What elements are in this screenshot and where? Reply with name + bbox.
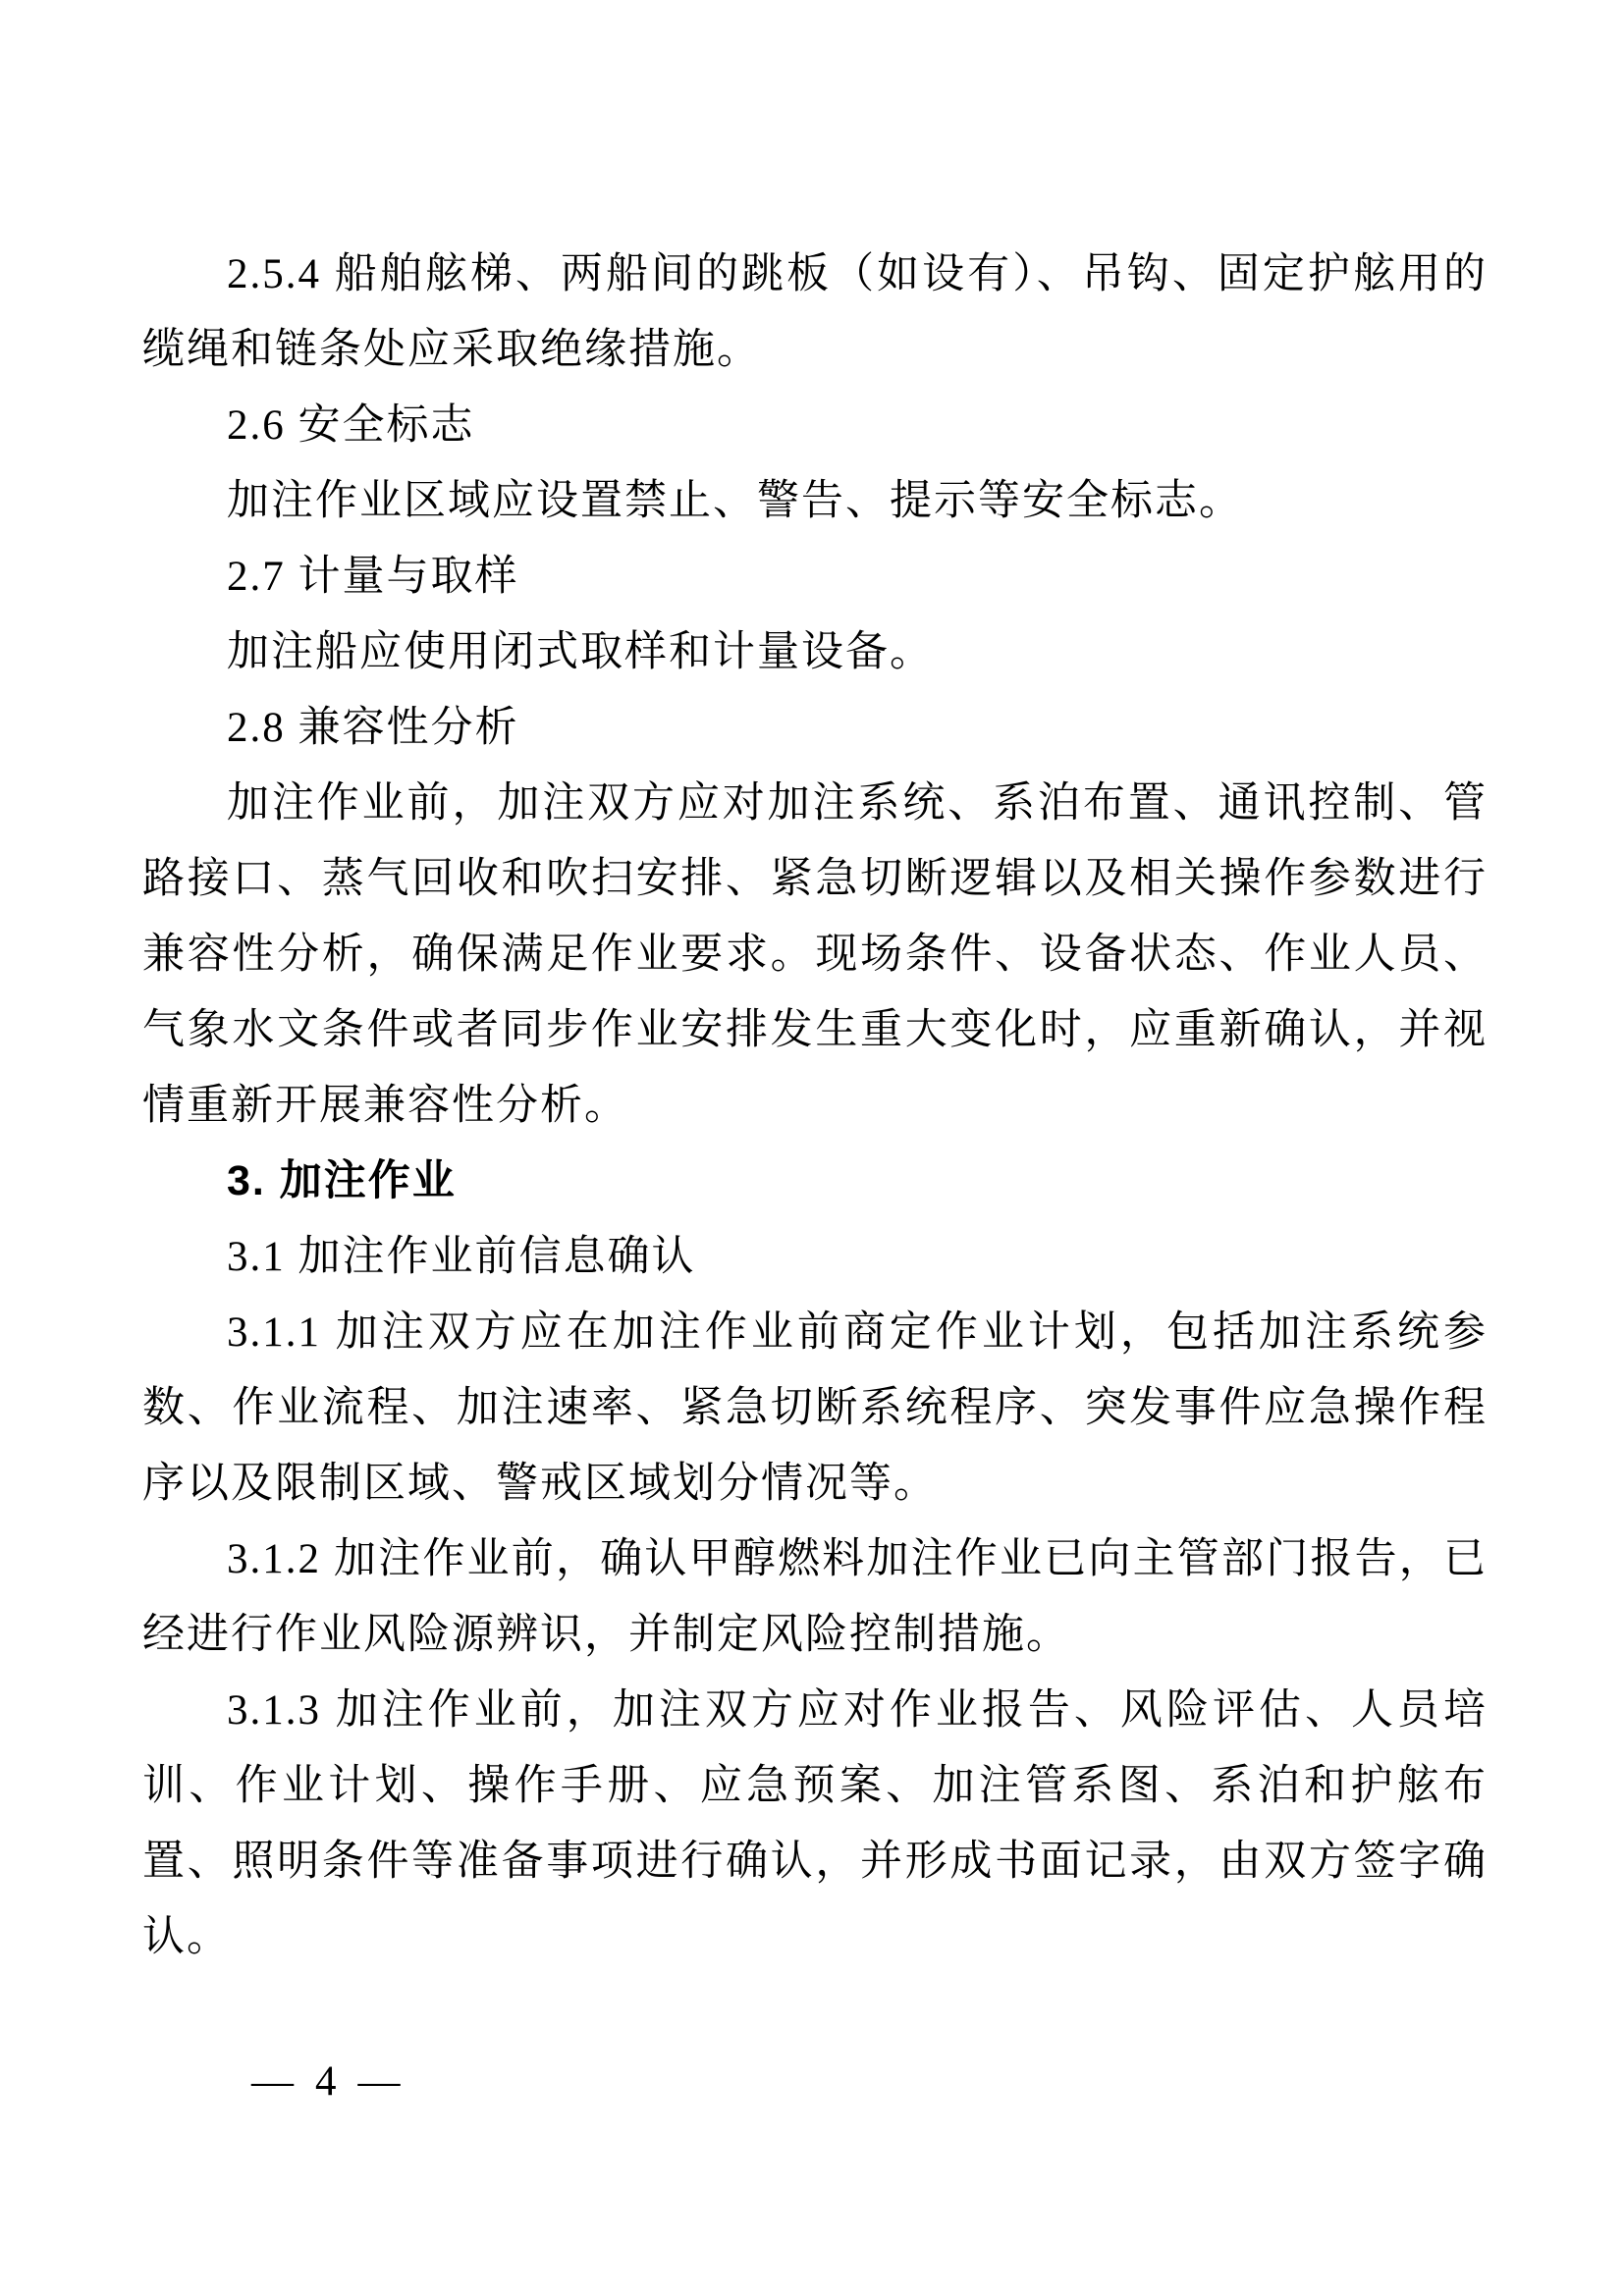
paragraph-9-section: 3.1 加注作业前信息确认 bbox=[142, 1219, 1488, 1295]
paragraph-2-section: 2.6 安全标志 bbox=[142, 388, 1488, 463]
paragraph-6-section: 2.8 兼容性分析 bbox=[142, 690, 1488, 766]
paragraph-8-chapter: 3. 加注作业 bbox=[142, 1144, 1488, 1219]
page-number: 4 bbox=[315, 2058, 337, 2106]
paragraph-1-body: 2.5.4 船舶舷梯、两船间的跳板（如设有）、吊钩、固定护舷用的缆绳和链条处应采… bbox=[142, 237, 1488, 388]
paragraph-7-body: 加注作业前，加注双方应对加注系统、系泊布置、通讯控制、管路接口、蒸气回收和吹扫安… bbox=[142, 766, 1488, 1144]
document-body: 2.5.4 船舶舷梯、两船间的跳板（如设有）、吊钩、固定护舷用的缆绳和链条处应采… bbox=[142, 237, 1488, 1975]
paragraph-3-body: 加注作业区域应设置禁止、警告、提示等安全标志。 bbox=[142, 463, 1488, 539]
footer-dash-left: — bbox=[251, 2058, 294, 2106]
paragraph-4-section: 2.7 计量与取样 bbox=[142, 539, 1488, 614]
footer-dash-right: — bbox=[358, 2058, 401, 2106]
paragraph-5-body: 加注船应使用闭式取样和计量设备。 bbox=[142, 614, 1488, 690]
page-footer: — 4 — bbox=[251, 2058, 401, 2106]
paragraph-12-body: 3.1.3 加注作业前，加注双方应对作业报告、风险评估、人员培训、作业计划、操作… bbox=[142, 1673, 1488, 1975]
paragraph-10-body: 3.1.1 加注双方应在加注作业前商定作业计划，包括加注系统参数、作业流程、加注… bbox=[142, 1295, 1488, 1522]
paragraph-11-body: 3.1.2 加注作业前，确认甲醇燃料加注作业已向主管部门报告，已经进行作业风险源… bbox=[142, 1522, 1488, 1673]
page-sheet: 2.5.4 船舶舷梯、两船间的跳板（如设有）、吊钩、固定护舷用的缆绳和链条处应采… bbox=[0, 0, 1624, 2296]
